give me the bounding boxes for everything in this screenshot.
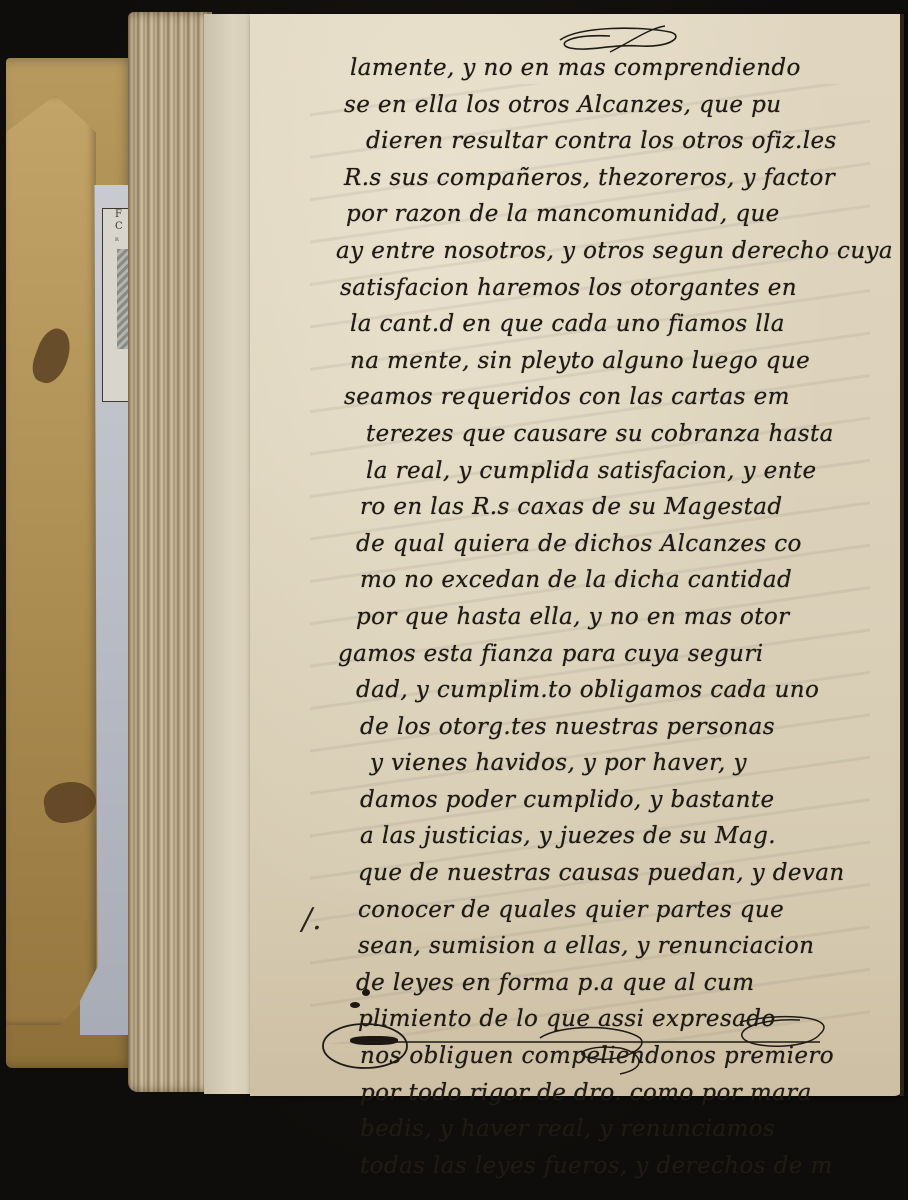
manuscript-line: dieren resultar contra los otros ofiz.le… bbox=[330, 123, 870, 160]
manuscript-line: ro en las R.s caxas de su Magestad bbox=[330, 489, 870, 526]
manuscript-line: por que hasta ella, y no en mas otor bbox=[330, 599, 870, 636]
manuscript-line: todas las leyes fueros, y derechos de m bbox=[330, 1148, 870, 1185]
ink-blot bbox=[362, 989, 370, 996]
manuscript-line: de leyes en forma p.a que al cum bbox=[330, 965, 870, 1002]
manuscript-line: la real, y cumplida satisfacion, y ente bbox=[330, 453, 870, 490]
manuscript-line: la cant.d en que cada uno fiamos lla bbox=[330, 306, 870, 343]
manuscript-photo: F C R lamente, y no en mas comprendiendo… bbox=[0, 0, 908, 1200]
manuscript-line: de los otorg.tes nuestras personas bbox=[330, 709, 870, 746]
manuscript-line: gamos esta fianza para cuya seguri bbox=[330, 636, 870, 673]
margin-mark: /. bbox=[302, 902, 322, 937]
manuscript-line: conocer de quales quier partes que bbox=[330, 892, 870, 929]
manuscript-line: R.s sus compañeros, thezoreros, y factor bbox=[330, 160, 870, 197]
book-page-edges bbox=[128, 12, 212, 1092]
vellum-cover-flap bbox=[6, 95, 96, 1025]
page-gutter bbox=[204, 14, 253, 1094]
manuscript-line: a las justicias, y juezes de su Mag. bbox=[330, 818, 870, 855]
manuscript-line: terezes que causare su cobranza hasta bbox=[330, 416, 870, 453]
manuscript-line: de qual quiera de dichos Alcanzes co bbox=[330, 526, 870, 563]
manuscript-line: na mente, sin pleyto alguno luego que bbox=[330, 343, 870, 380]
manuscript-line: satisfacion haremos los otorgantes en bbox=[330, 270, 870, 307]
manuscript-line: se en ella los otros Alcanzes, que pu bbox=[330, 87, 870, 124]
manuscript-page: lamente, y no en mas comprendiendo se en… bbox=[250, 14, 904, 1096]
manuscript-line: bedis, y haver real, y renunciamos bbox=[330, 1111, 870, 1148]
manuscript-line: ay entre nosotros, y otros segun derecho… bbox=[330, 233, 870, 270]
manuscript-line: dad, y cumplim.to obligamos cada uno bbox=[330, 672, 870, 709]
manuscript-line: sean, sumision a ellas, y renunciacion bbox=[330, 928, 870, 965]
manuscript-line: mo no excedan de la dicha cantidad bbox=[330, 562, 870, 599]
manuscript-line: seamos requeridos con las cartas em bbox=[330, 379, 870, 416]
manuscript-line: que de nuestras causas puedan, y devan bbox=[330, 855, 870, 892]
manuscript-line: lamente, y no en mas comprendiendo bbox=[330, 50, 870, 87]
closing-flourish-icon bbox=[320, 1004, 870, 1084]
manuscript-line: damos poder cumplido, y bastante bbox=[330, 782, 870, 819]
manuscript-line: y vienes havidos, y por haver, y bbox=[330, 745, 870, 782]
manuscript-line: por razon de la mancomunidad, que bbox=[330, 196, 870, 233]
